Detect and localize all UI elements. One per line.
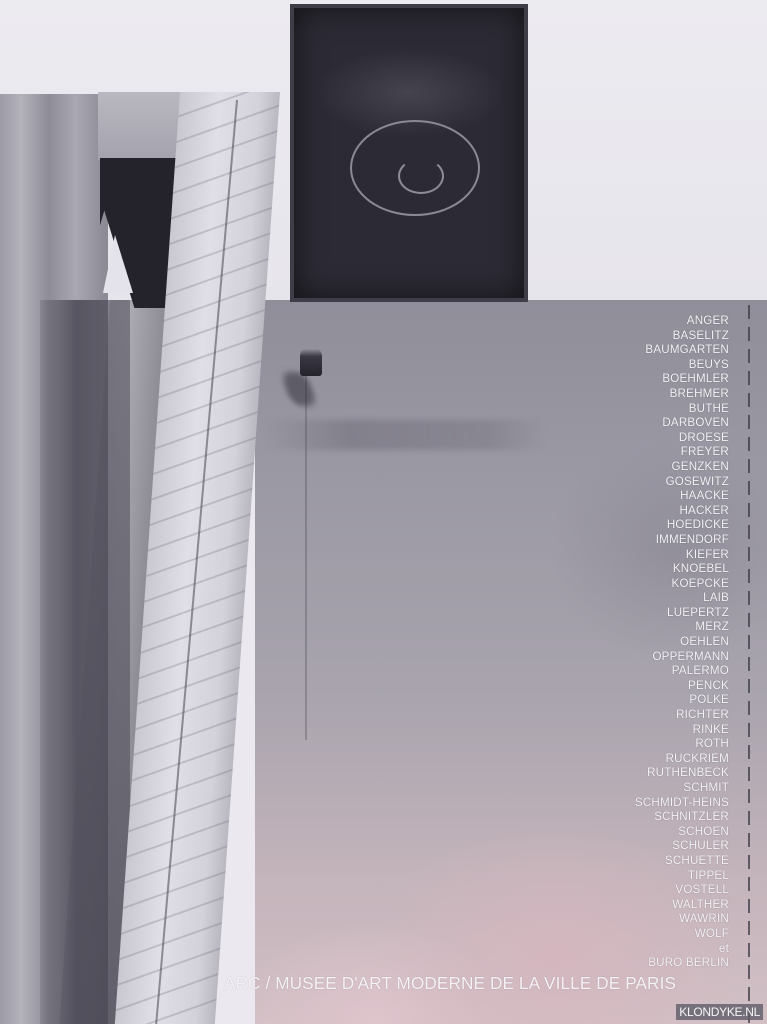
artist-name: PALERMO xyxy=(672,664,729,679)
artist-name: POLKE xyxy=(689,693,729,708)
wall-crack xyxy=(305,360,307,740)
artist-name: SCHMIDT-HEINS xyxy=(635,796,729,811)
wall-stain xyxy=(265,420,545,450)
artist-name: PENCK xyxy=(688,679,729,694)
artist-name: RUCKRIEM xyxy=(666,752,729,767)
artist-name: ANGER xyxy=(687,314,729,329)
artist-name: RINKE xyxy=(693,723,729,738)
artist-name: MERZ xyxy=(695,620,729,635)
artist-name: SCHNITZLER xyxy=(654,810,729,825)
artist-name: BREHMER xyxy=(670,387,729,402)
artist-name: KIEFER xyxy=(686,548,729,563)
artist-name: KOEPCKE xyxy=(672,577,729,592)
conjunction-text: et xyxy=(719,942,729,957)
artist-name: SCHOEN xyxy=(678,825,729,840)
wall-bolt xyxy=(300,348,322,376)
artist-name: DARBOVEN xyxy=(662,416,729,431)
artist-name: TIPPEL xyxy=(688,869,729,884)
catalogue-cover: ANGERBASELITZBAUMGARTENBEUYSBOEHMLERBREH… xyxy=(0,0,767,1024)
watermark: KLONDYKE.NL xyxy=(676,1004,763,1020)
speaker-dust-cap xyxy=(398,158,444,194)
artist-name: BUTHE xyxy=(689,402,729,417)
artist-name: BEUYS xyxy=(689,358,729,373)
artist-name: SCHUETTE xyxy=(665,854,729,869)
artist-name: DROESE xyxy=(679,431,729,446)
artist-name: SCHMIT xyxy=(683,781,729,796)
artist-name: LUEPERTZ xyxy=(667,606,729,621)
artist-name: OPPERMANN xyxy=(652,650,729,665)
artist-list: ANGERBASELITZBAUMGARTENBEUYSBOEHMLERBREH… xyxy=(635,314,729,971)
cover-edge-line xyxy=(748,305,750,1024)
collective-name: BURO BERLIN xyxy=(648,956,729,971)
artist-name: FREYER xyxy=(681,445,729,460)
artist-name: RUTHENBECK xyxy=(647,766,729,781)
artist-name: HOEDICKE xyxy=(667,518,729,533)
artist-name: BASELITZ xyxy=(673,329,729,344)
artist-name: WALTHER xyxy=(672,898,729,913)
artist-name: BAUMGARTEN xyxy=(645,343,729,358)
artist-name: VOSTELL xyxy=(675,883,729,898)
artist-name: GENZKEN xyxy=(672,460,729,475)
artist-name: GOSEWITZ xyxy=(666,475,729,490)
artist-name: HACKER xyxy=(679,504,729,519)
institution-title: ARC / MUSEE D'ART MODERNE DE LA VILLE DE… xyxy=(224,973,676,994)
artist-name: IMMENDORF xyxy=(656,533,729,548)
artist-name: HAACKE xyxy=(680,489,729,504)
artist-name: ROTH xyxy=(695,737,729,752)
artist-name: KNOEBEL xyxy=(673,562,729,577)
artist-name: BOEHMLER xyxy=(662,372,729,387)
artist-name: SCHULER xyxy=(672,839,729,854)
artist-name: OEHLEN xyxy=(680,635,729,650)
artist-name: LAIB xyxy=(703,591,729,606)
artist-name: RICHTER xyxy=(676,708,729,723)
artist-name: WOLF xyxy=(695,927,729,942)
speaker-box xyxy=(290,4,528,302)
artist-name: WAWRIN xyxy=(679,912,729,927)
